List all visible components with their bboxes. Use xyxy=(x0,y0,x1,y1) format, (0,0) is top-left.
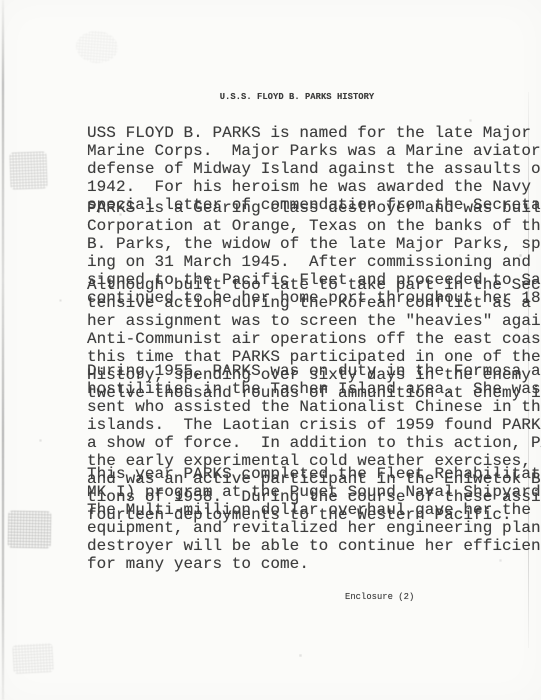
photocopy-left-edge-line xyxy=(2,0,4,700)
photocopy-speckles xyxy=(0,0,1,1)
paragraph-fram-overhaul: This year PARKS completed the Fleet Reha… xyxy=(87,465,541,573)
enclosure-label: Enclosure (2) xyxy=(345,592,414,604)
smudge-mark-top xyxy=(75,30,119,65)
smudge-mark-left-lower xyxy=(8,511,52,549)
document-page: U.S.S. FLOYD B. PARKS HISTORY USS FLOYD … xyxy=(0,0,541,700)
document-title: U.S.S. FLOYD B. PARKS HISTORY xyxy=(87,92,507,104)
smudge-mark-left-upper xyxy=(9,151,47,189)
smudge-mark-bottom xyxy=(12,643,53,674)
